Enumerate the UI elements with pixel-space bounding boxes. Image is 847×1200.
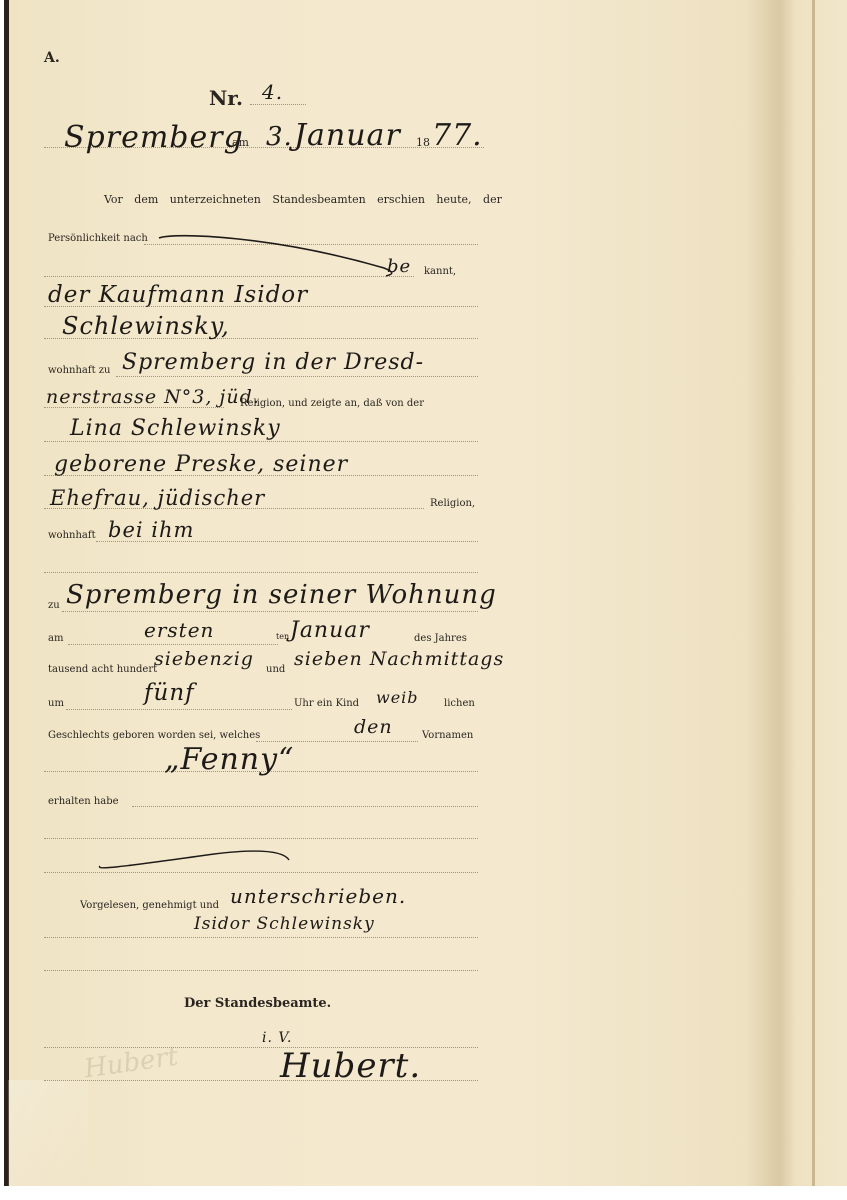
rule-17b bbox=[44, 838, 478, 839]
rule-10b bbox=[44, 572, 478, 573]
mother-name-handwritten: Lina Schlewinsky bbox=[70, 416, 281, 441]
page-left-edge bbox=[4, 0, 9, 1186]
official-signature: Hubert. bbox=[280, 1046, 421, 1086]
declarant-handwritten: der Kaufmann Isidor bbox=[48, 282, 308, 308]
handwritten-flourish bbox=[154, 228, 404, 278]
uhr-kind-text: Uhr ein Kind bbox=[294, 698, 359, 709]
geschlechts-text: Geschlechts geboren worden sei, welches bbox=[48, 730, 260, 741]
religion-report-text: Religion, und zeigte an, daß von der bbox=[240, 398, 424, 409]
sex-handwritten: weib bbox=[376, 688, 419, 707]
mother-religion-handwritten: Ehefrau, jüdischer bbox=[50, 486, 265, 510]
mother-residence-handwritten: bei ihm bbox=[108, 518, 194, 542]
year-prefix: 18 bbox=[416, 136, 430, 149]
religion-label: Religion, bbox=[430, 498, 475, 509]
date-month: Januar bbox=[294, 118, 401, 153]
rule-2 bbox=[44, 276, 414, 277]
rule-11 bbox=[62, 611, 478, 612]
faded-stamp-mark: Hubert bbox=[82, 1042, 180, 1085]
declarant-surname-handwritten: Schlewinsky, bbox=[62, 312, 230, 340]
book-gutter bbox=[812, 0, 815, 1186]
kannt-text: kannt, bbox=[424, 266, 456, 277]
birthplace-handwritten: Spremberg in seiner Wohnung bbox=[66, 580, 497, 610]
year-tens-handwritten: siebenzig bbox=[154, 648, 254, 670]
date-connector: am bbox=[232, 136, 249, 149]
rule-5 bbox=[116, 376, 478, 377]
persoenlichkeit-label: Persönlichkeit nach bbox=[48, 233, 148, 244]
official-prefix: i. V. bbox=[262, 1030, 293, 1046]
birth-month-handwritten: Januar bbox=[290, 618, 370, 643]
rule-17 bbox=[132, 806, 478, 807]
den-handwritten: den bbox=[354, 716, 393, 738]
zu-label: zu bbox=[48, 600, 60, 611]
vornamen-text: Vornamen bbox=[422, 730, 473, 741]
erhalten-habe-text: erhalten habe bbox=[48, 796, 119, 807]
birth-day-handwritten: ersten bbox=[144, 618, 214, 642]
am-label: am bbox=[48, 633, 63, 644]
lichen-text: lichen bbox=[444, 698, 475, 709]
be-prefix-handwritten: be bbox=[387, 256, 411, 277]
vorgelesen-text: Vorgelesen, genehmigt und bbox=[80, 900, 219, 911]
rule-18 bbox=[44, 937, 478, 938]
child-name-handwritten: „Fenny“ bbox=[164, 742, 294, 777]
um-label: um bbox=[48, 698, 64, 709]
rule-17c bbox=[44, 872, 478, 873]
des-jahres-text: des Jahres bbox=[414, 633, 467, 644]
year-words-label: tausend acht hundert bbox=[48, 664, 157, 675]
year-units-handwritten: sieben Nachmittags bbox=[294, 648, 504, 670]
entry-number: 4. bbox=[262, 80, 283, 104]
mother-maiden-handwritten: geborene Preske, seiner bbox=[54, 452, 348, 477]
wohnhaft-zu-label: wohnhaft zu bbox=[48, 365, 110, 376]
rule-7 bbox=[44, 441, 478, 442]
register-page: A. Nr. 4. Spremberg am 3. Januar 18 77. … bbox=[4, 0, 847, 1186]
wohnhaft-label: wohnhaft bbox=[48, 530, 96, 541]
rule-14 bbox=[66, 709, 292, 710]
number-label: Nr. bbox=[209, 86, 243, 110]
und-text: und bbox=[266, 664, 285, 675]
date-day: 3. bbox=[266, 122, 293, 152]
page-fold bbox=[8, 1080, 88, 1186]
intro-text: Vor dem unterzeichneten Standesbeamten e… bbox=[104, 193, 502, 206]
unterschrieben-handwritten: unterschrieben. bbox=[230, 884, 406, 908]
ten-suffix: ten bbox=[276, 632, 289, 641]
handwritten-flourish-2 bbox=[94, 842, 294, 872]
number-rule bbox=[250, 104, 306, 105]
birth-hour-handwritten: fünf bbox=[144, 680, 195, 706]
declarant-signature: Isidor Schlewinsky bbox=[194, 914, 375, 934]
rule-19 bbox=[44, 970, 478, 971]
rule-12 bbox=[68, 644, 278, 645]
official-title: Der Standesbeamte. bbox=[184, 996, 331, 1011]
street-handwritten: nerstrasse N°3, jüd. bbox=[46, 386, 260, 408]
year-suffix: 77. bbox=[432, 118, 483, 153]
section-letter: A. bbox=[44, 50, 60, 66]
place-handwritten: Spremberg bbox=[64, 120, 244, 155]
residence-handwritten: Spremberg in der Dresd- bbox=[122, 350, 424, 375]
